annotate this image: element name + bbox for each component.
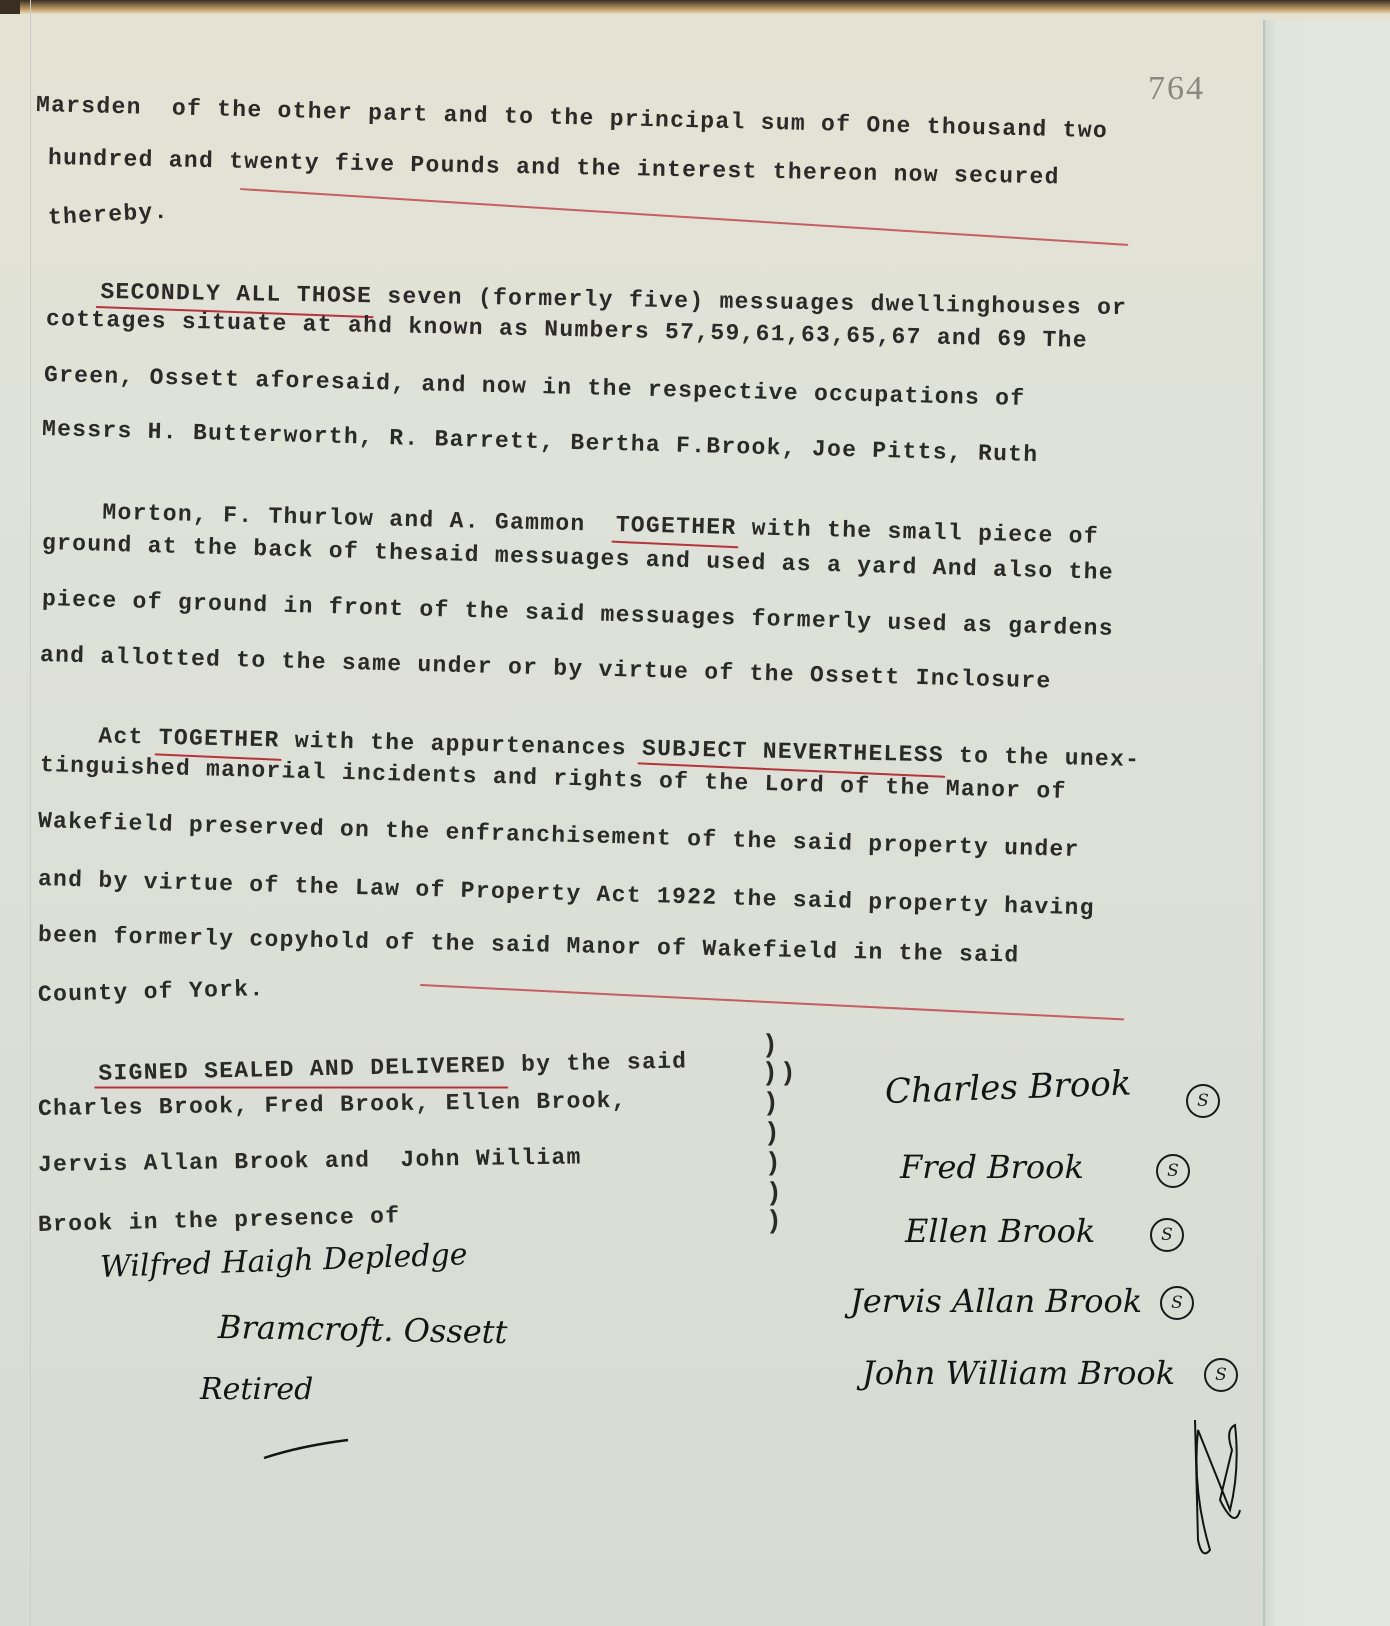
witness-flourish <box>260 1434 360 1464</box>
deed-line: been formerly copyhold of the said Manor… <box>38 922 1020 969</box>
deed-page: 764 Marsden of the other part and to the… <box>0 0 1390 1626</box>
seal-mark: S <box>1160 1286 1194 1320</box>
underlined-heading: SUBJECT NEVERTHELESS <box>642 736 945 769</box>
signature-jervis-allan-brook: Jervis Allan Brook <box>850 1282 1142 1320</box>
deed-line: thereby. <box>47 199 169 231</box>
deed-line: hundred and twenty five Pounds and the i… <box>48 145 1060 190</box>
line-text: to the unex- <box>944 743 1141 773</box>
bracket-glyph: ) <box>764 1118 780 1148</box>
bracket-glyph: ) <box>780 1058 796 1088</box>
seal-mark: S <box>1150 1218 1184 1252</box>
witness-address-handwriting: Bramcroft. Ossett <box>218 1308 508 1351</box>
bracket-glyph: ) <box>763 1088 779 1118</box>
line-text: Morton, F. Thurlow and A. Gammon <box>102 499 616 538</box>
witness-occupation-handwriting: Retired <box>200 1372 313 1407</box>
underlined-heading: TOGETHER <box>615 512 736 541</box>
deed-line: Marsden of the other part and to the pri… <box>36 92 1109 144</box>
bracket-glyph: ) <box>762 1030 778 1060</box>
bracket-glyph: ) <box>762 1058 778 1088</box>
underlined-heading: SECONDLY ALL THOSE <box>100 279 372 309</box>
underlined-heading: TOGETHER <box>159 725 280 754</box>
bracket-glyph: ) <box>765 1148 781 1178</box>
signature-charles-brook: Charles Brook <box>884 1063 1132 1112</box>
line-text: with the appurtenances <box>279 727 642 761</box>
page-number: 764 <box>1148 70 1205 108</box>
underlined-heading: SIGNED SEALED AND DELIVERED <box>98 1052 506 1087</box>
signature-fred-brook: Fred Brook <box>900 1148 1084 1186</box>
seal-mark: S <box>1186 1084 1220 1118</box>
line-text: Act <box>98 723 159 750</box>
attestation-line: Brook in the presence of <box>38 1203 401 1238</box>
right-margin-column <box>1263 20 1390 1626</box>
signature-john-william-brook: John William Brook <box>862 1354 1175 1392</box>
binding-shadow <box>0 0 20 14</box>
deed-line: Messrs H. Butterworth, R. Barrett, Berth… <box>42 416 1039 468</box>
line-text: by the said <box>506 1048 688 1078</box>
seal-mark: S <box>1156 1154 1190 1188</box>
line-text: with the small piece of <box>736 515 1099 550</box>
left-margin-rule <box>30 0 31 1626</box>
signature-ellen-brook: Ellen Brook <box>905 1212 1095 1250</box>
deed-line: and allotted to the same under or by vir… <box>40 642 1052 694</box>
red-rule <box>420 984 1124 1020</box>
page-top-edge <box>0 0 1390 14</box>
witness-name-signature: Wilfred Haigh Depledge <box>99 1237 468 1285</box>
deed-line: Wakefield preserved on the enfranchiseme… <box>38 808 1080 863</box>
deed-line: and by virtue of the Law of Property Act… <box>38 866 1095 922</box>
deed-line: County of York. <box>38 976 265 1008</box>
deed-line: Green, Ossett aforesaid, and now in the … <box>44 362 1026 412</box>
bracket-glyph: ) <box>766 1206 782 1236</box>
seal-mark: S <box>1204 1358 1238 1392</box>
bracket-glyph: ) <box>766 1178 782 1208</box>
attestation-line: Jervis Allan Brook and John William <box>38 1144 582 1178</box>
red-rule <box>240 188 1128 246</box>
deed-line: piece of ground in front of the said mes… <box>42 586 1115 642</box>
initials-mark <box>1180 1410 1260 1570</box>
